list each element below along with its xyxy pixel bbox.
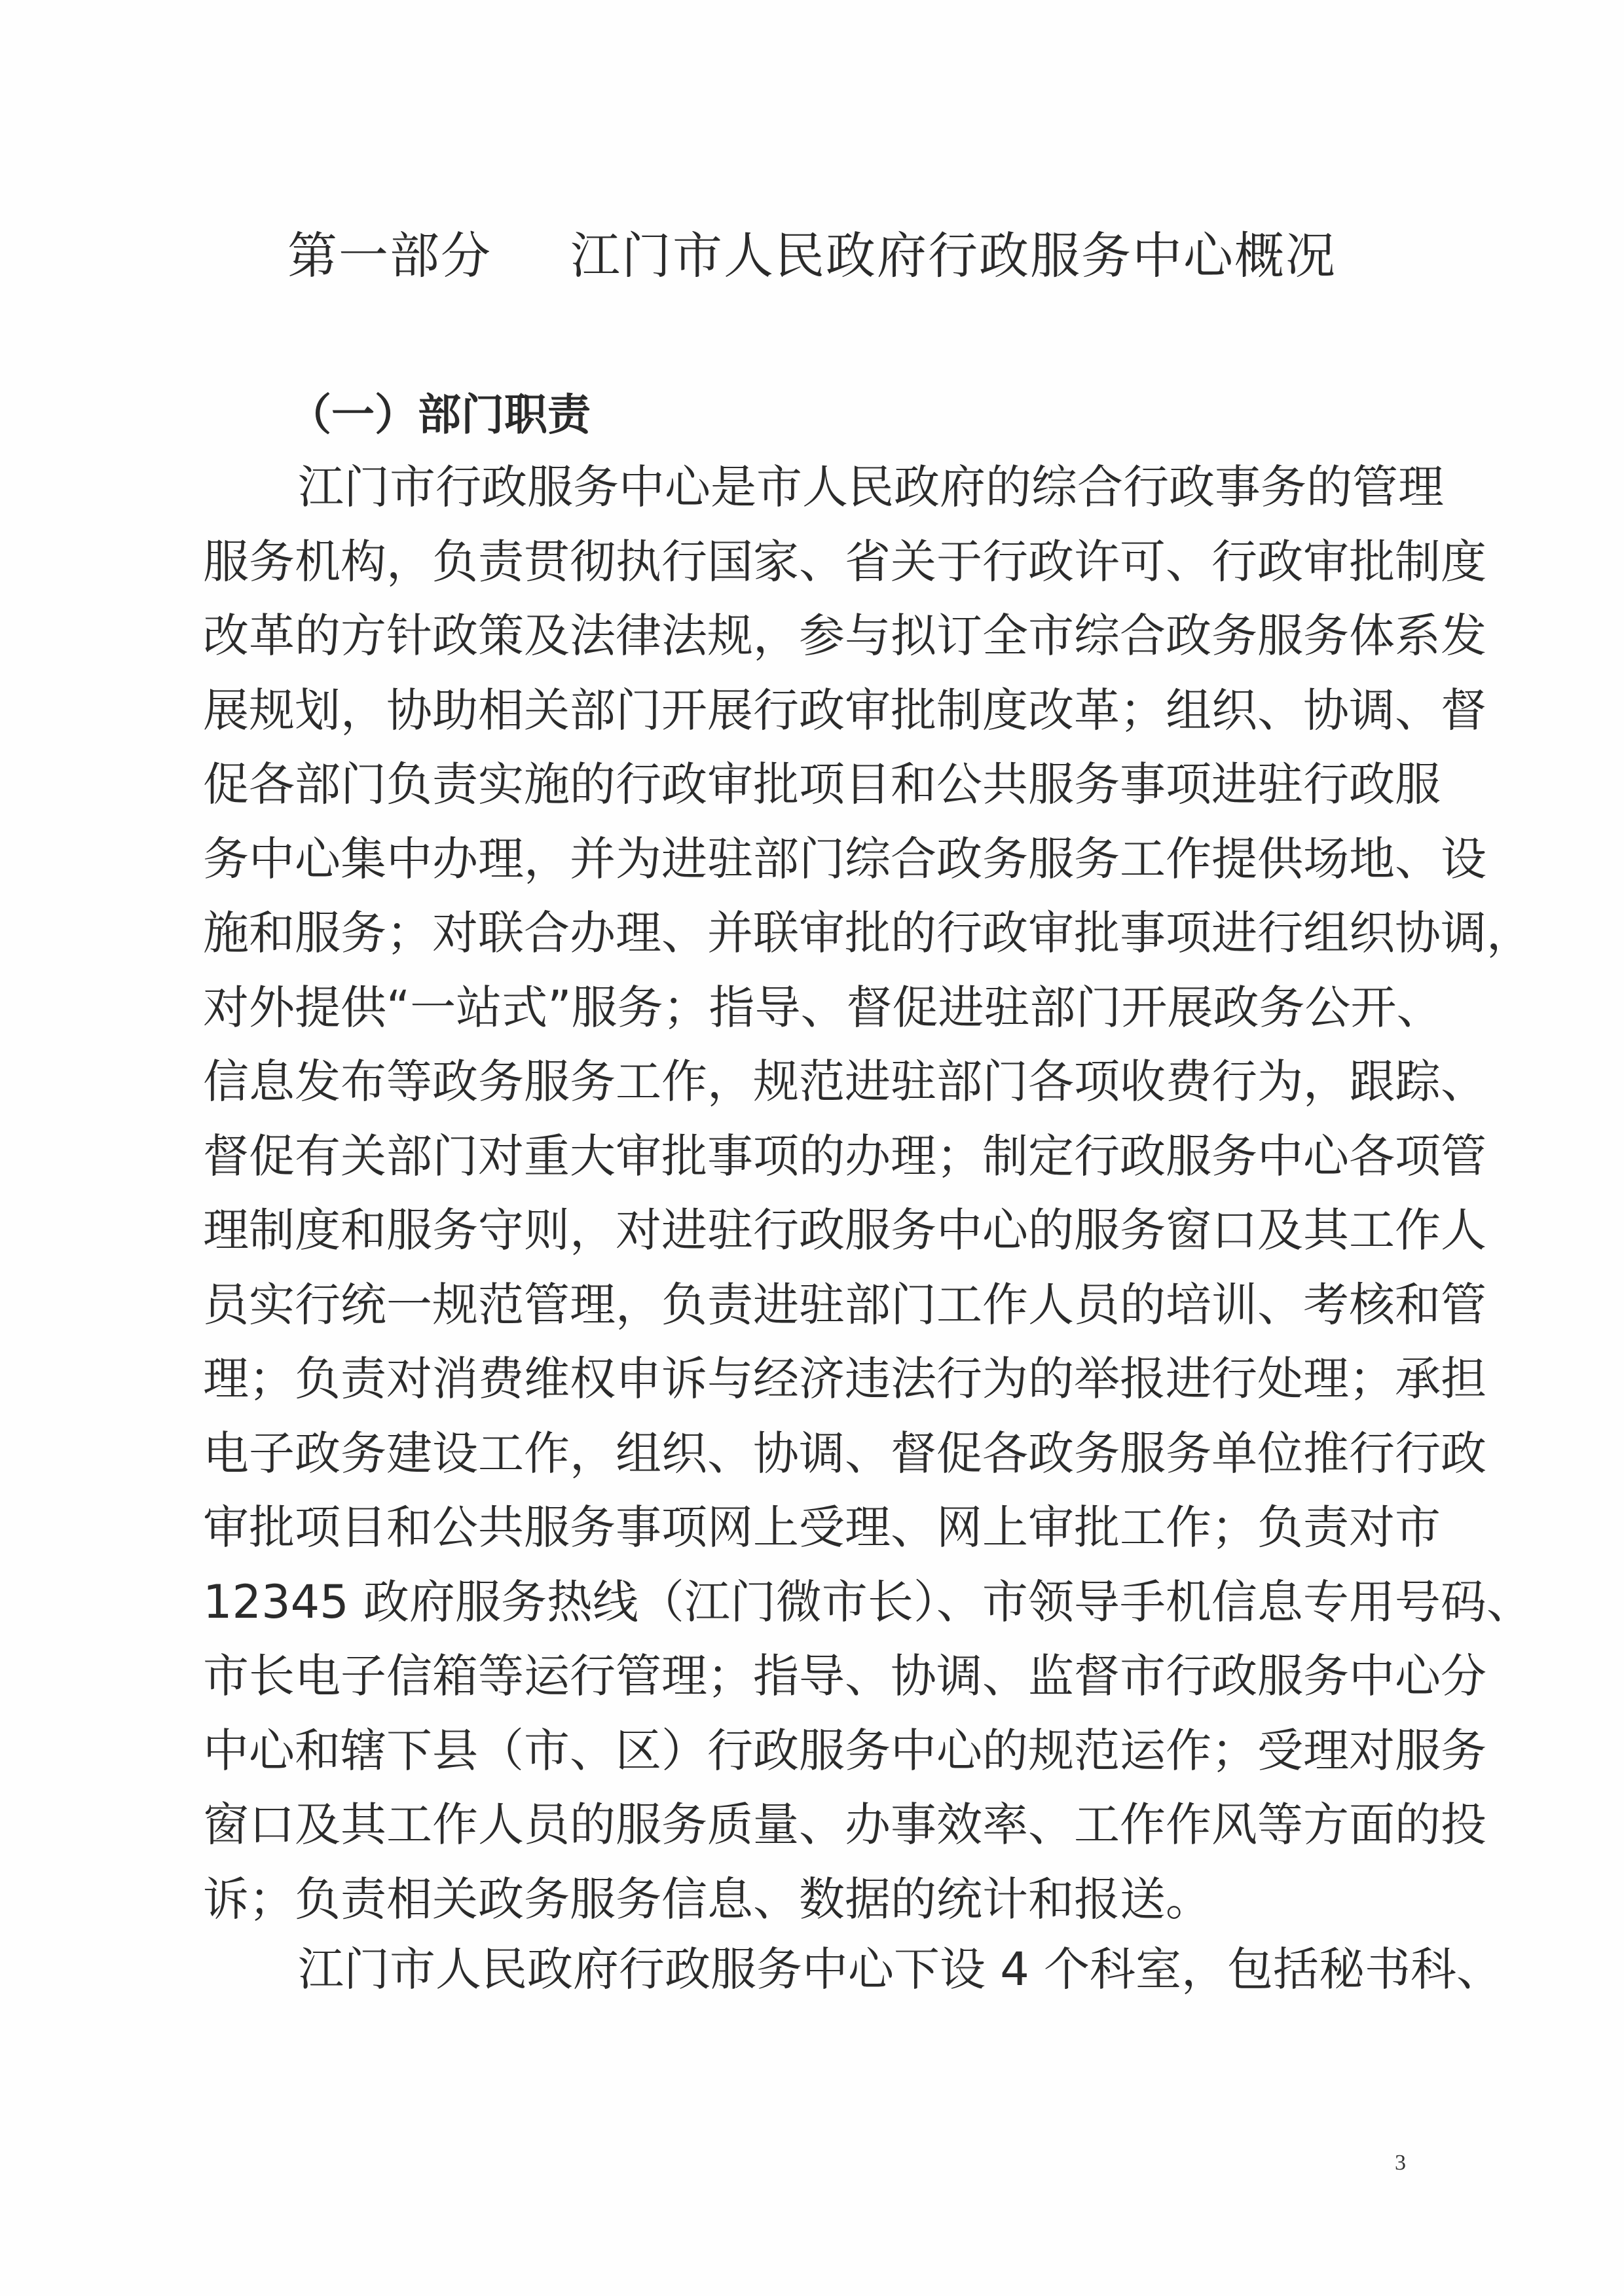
text-line: 促各部门负责实施的行政审批项目和公共服务事项进驻行政服 <box>203 748 1434 822</box>
text-line: 江门市人民政府行政服务中心下设 4 个科室，包括秘书科、 <box>203 1933 1434 2007</box>
text-line: 窗口及其工作人员的服务质量、办事效率、工作作风等方面的投 <box>203 1788 1434 1863</box>
text-line: 市长电子信箱等运行管理；指导、协调、监督市行政服务中心分 <box>203 1639 1434 1714</box>
paragraph-department-duties: 江门市行政服务中心是市人民政府的综合行政事务的管理 服务机构，负责贯彻执行国家、… <box>203 450 1434 1937</box>
text-line: 12345 政府服务热线（江门微市长）、市领导手机信息专用号码、 <box>203 1565 1434 1640</box>
text-line: 审批项目和公共服务事项网上受理、网上审批工作；负责对市 <box>203 1491 1434 1565</box>
page-number: 3 <box>1395 2151 1406 2176</box>
title-main: 江门市人民政府行政服务中心概况 <box>570 227 1337 285</box>
text-line: 员实行统一规范管理，负责进驻部门工作人员的培训、考核和管 <box>203 1268 1434 1343</box>
text-line: 改革的方针政策及法律法规，参与拟订全市综合政务服务体系发 <box>203 599 1434 674</box>
text-line: 展规划，协助相关部门开展行政审批制度改革；组织、协调、督 <box>203 674 1434 748</box>
text-line: 诉；负责相关政务服务信息、数据的统计和报送。 <box>203 1863 1434 1937</box>
section-heading: （一）部门职责 <box>288 380 591 442</box>
text-line: 中心和辖下县（市、区）行政服务中心的规范运作；受理对服务 <box>203 1714 1434 1789</box>
text-line: 务中心集中办理，并为进驻部门综合政务服务工作提供场地、设 <box>203 822 1434 897</box>
title-part: 第一部分 <box>287 227 492 285</box>
text-line: 对外提供“一站式”服务；指导、督促进驻部门开展政务公开、 <box>203 971 1434 1046</box>
text-line: 电子政务建设工作，组织、协调、督促各政务服务单位推行行政 <box>203 1417 1434 1491</box>
text-line: 理；负责对消费维权申诉与经济违法行为的举报进行处理；承担 <box>203 1342 1434 1417</box>
text-line: 督促有关部门对重大审批事项的办理；制定行政服务中心各项管 <box>203 1120 1434 1194</box>
text-line: 理制度和服务守则，对进驻行政服务中心的服务窗口及其工作人 <box>203 1194 1434 1268</box>
paragraph-departments: 江门市人民政府行政服务中心下设 4 个科室，包括秘书科、 <box>203 1933 1434 2007</box>
text-line: 服务机构，负责贯彻执行国家、省关于行政许可、行政审批制度 <box>203 525 1434 600</box>
text-line: 江门市行政服务中心是市人民政府的综合行政事务的管理 <box>203 450 1434 525</box>
text-line: 施和服务；对联合办理、并联审批的行政审批事项进行组织协调， <box>203 896 1434 971</box>
document-page: 第一部分江门市人民政府行政服务中心概况 （一）部门职责 江门市行政服务中心是市人… <box>0 0 1624 2296</box>
page-title: 第一部分江门市人民政府行政服务中心概况 <box>0 216 1624 287</box>
text-line: 信息发布等政务服务工作，规范进驻部门各项收费行为，跟踪、 <box>203 1045 1434 1120</box>
